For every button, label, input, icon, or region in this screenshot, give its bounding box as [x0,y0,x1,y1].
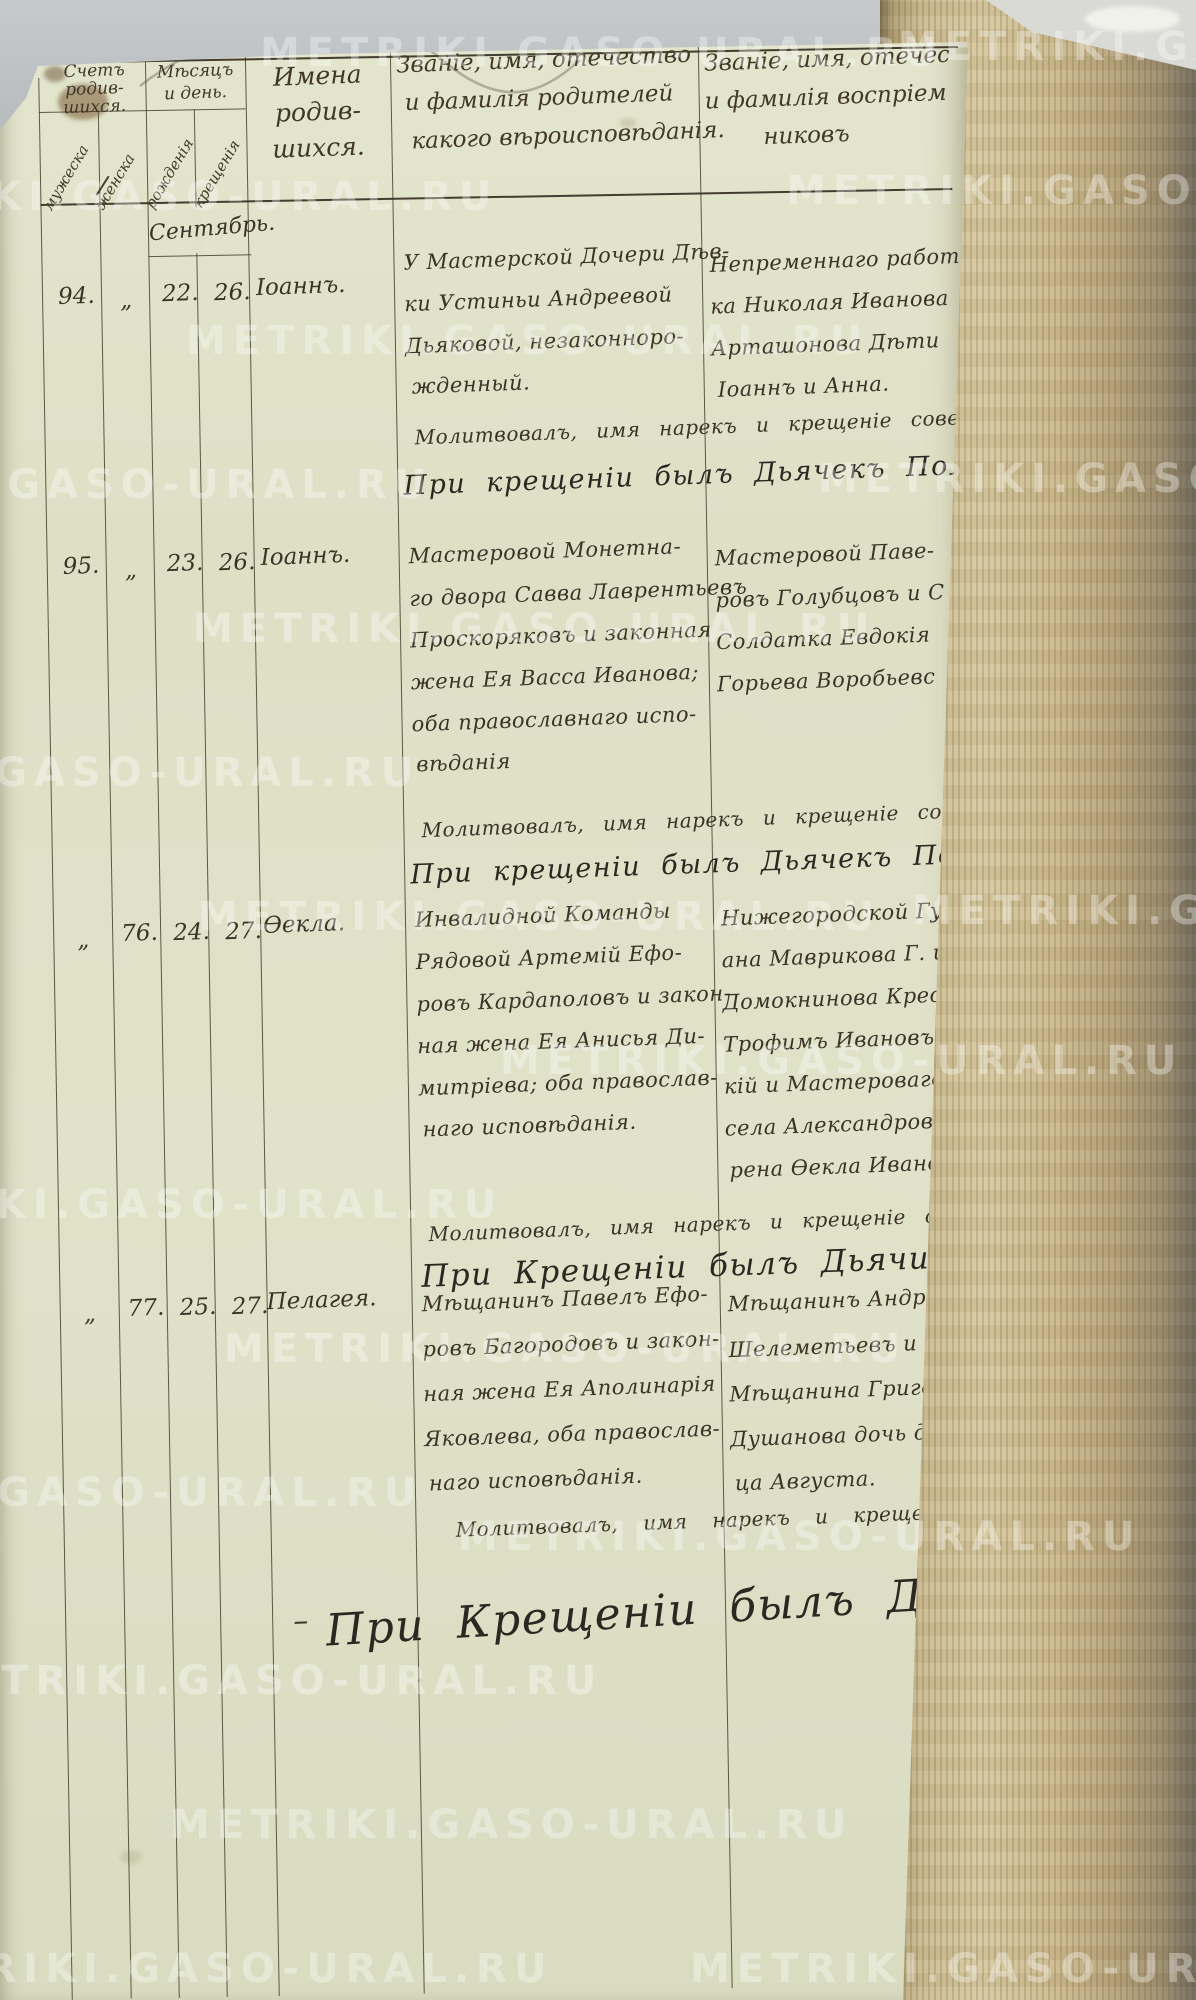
record-number-female: 77. [127,1295,165,1322]
godparents-line: Мѣщанинъ Андрей [727,1284,953,1316]
watermark-text: METRIKI.GASO-URAL.RU [458,1514,1141,1560]
godparents-line: ца Августа. [734,1466,876,1495]
parents-line: жена Ея Васса Иванова; [410,660,699,695]
watermark-text: METRIKI.GASO-URAL.RU [0,462,433,508]
parents-line: Яковлева, оба православ- [424,1416,721,1451]
parents-line: Мастеровой Монетна- [408,534,681,568]
record-number-male: 94. [58,283,96,310]
record-number-female: 76. [121,920,159,947]
watermark-text: METRIKI.GASO-URAL.RU [0,750,420,796]
watermark-text: METRIKI.GASO-URAL.RU [198,894,881,940]
parents-line: ки Устиньи Андреевой [404,282,673,316]
parents-line: У Мастерской Дочери Дѣв- [403,239,730,275]
godparents-line: ана Маврикова Г. и [721,940,947,972]
watermark-text: METRIKI.GASO-URAL.RU [786,168,1196,214]
parents-line: ная жена Ея Аполинарія [423,1372,716,1407]
parents-line: ровъ Кардаполовъ и закон- [416,981,732,1017]
watermark-text: METRIKI.GASO-URAL.RU [186,318,869,364]
parents-line: наго исповѣданія. [422,1110,637,1142]
record-born-day: 22. [162,280,200,307]
watermark-text: METRIKI.GASO-URAL.RU [170,1802,853,1848]
watermark-text: METRIKI.GASO-URAL.RU [898,24,1196,70]
parents-line: Рядовой Артемій Ефо- [415,940,682,974]
record-name: Іоаннъ. [255,272,345,301]
godparents-line: Непременнаго работни- [709,243,996,277]
watermark-text: METRIKI.GASO-URAL.RU [0,1946,553,1992]
watermark-text: METRIKI.GASO-URAL.RU [0,174,498,220]
prayer-line: Молитвовалъ, имя нарекъ и крещеніе совер… [414,403,1033,450]
godparents-line: Іоаннъ и Анна. [717,372,890,402]
watermark-text: METRIKI.GASO-URAL.RU [818,456,1196,502]
record-number-male: „ [77,927,90,953]
record-number-female: „ [124,557,137,583]
parents-line: вѣданія [416,749,511,776]
record-number-male: 95. [62,553,100,580]
watermark-text: METRIKI.GASO-URAL.RU [690,1946,1196,1992]
table-line [38,78,73,2000]
watermark-text: METRIKI.GASO-URAL.RU [912,888,1196,934]
column-header-godparents: и фамилія воспріем [704,80,947,115]
table-line [145,58,180,1998]
watermark-text: METRIKI.GASO-URAL.RU [0,1182,503,1228]
scanned-register-photo: Счетъ родив- шихся. Мѣсяцъ и день. Имена… [0,0,1196,2000]
table-line [194,109,228,1997]
stray-dash: – [293,1603,309,1639]
godparents-line: Мастеровой Паве- [714,538,935,570]
record-number-male: „ [83,1301,96,1327]
parents-line: оба православнаго испо- [411,702,697,736]
watermark-text: METRIKI.GASO-URAL.RU [193,606,876,652]
record-baptism-day: 26. [214,279,252,306]
parents-line: наго исповѣданія. [428,1464,643,1496]
record-number-female: „ [120,287,133,313]
record-name: Іоаннъ. [260,542,350,571]
watermark-text: METRIKI.GASO-URAL.RU [0,1658,603,1704]
table-line [148,254,251,257]
parents-line: жденный. [411,370,530,398]
witness-line: При крещеніи былъ Дьячекъ Поліев [410,837,1020,890]
record-baptism-day: 26. [218,549,256,576]
table-line [98,111,132,1999]
watermark-text: METRIKI.GASO-URAL.RU [0,1470,423,1516]
column-header-godparents: никовъ [763,121,850,150]
column-header-names: шихся. [249,131,388,165]
godparents-line: ка Николая Иванова [710,286,949,319]
godparents-line: Горьева Воробьевс [717,664,936,696]
record-name: Пелагея. [266,1285,377,1315]
watermark-text: METRIKI.GASO-URAL.RU [500,1038,1183,1084]
watermark-text: METRIKI.GASO-URAL.RU [224,1326,907,1372]
record-baptism-day: 27. [231,1293,269,1320]
record-born-day: 23. [166,550,204,577]
watermark-text: METRIKI.GASO-URAL.RU [260,30,943,76]
record-born-day: 25. [179,1294,217,1321]
